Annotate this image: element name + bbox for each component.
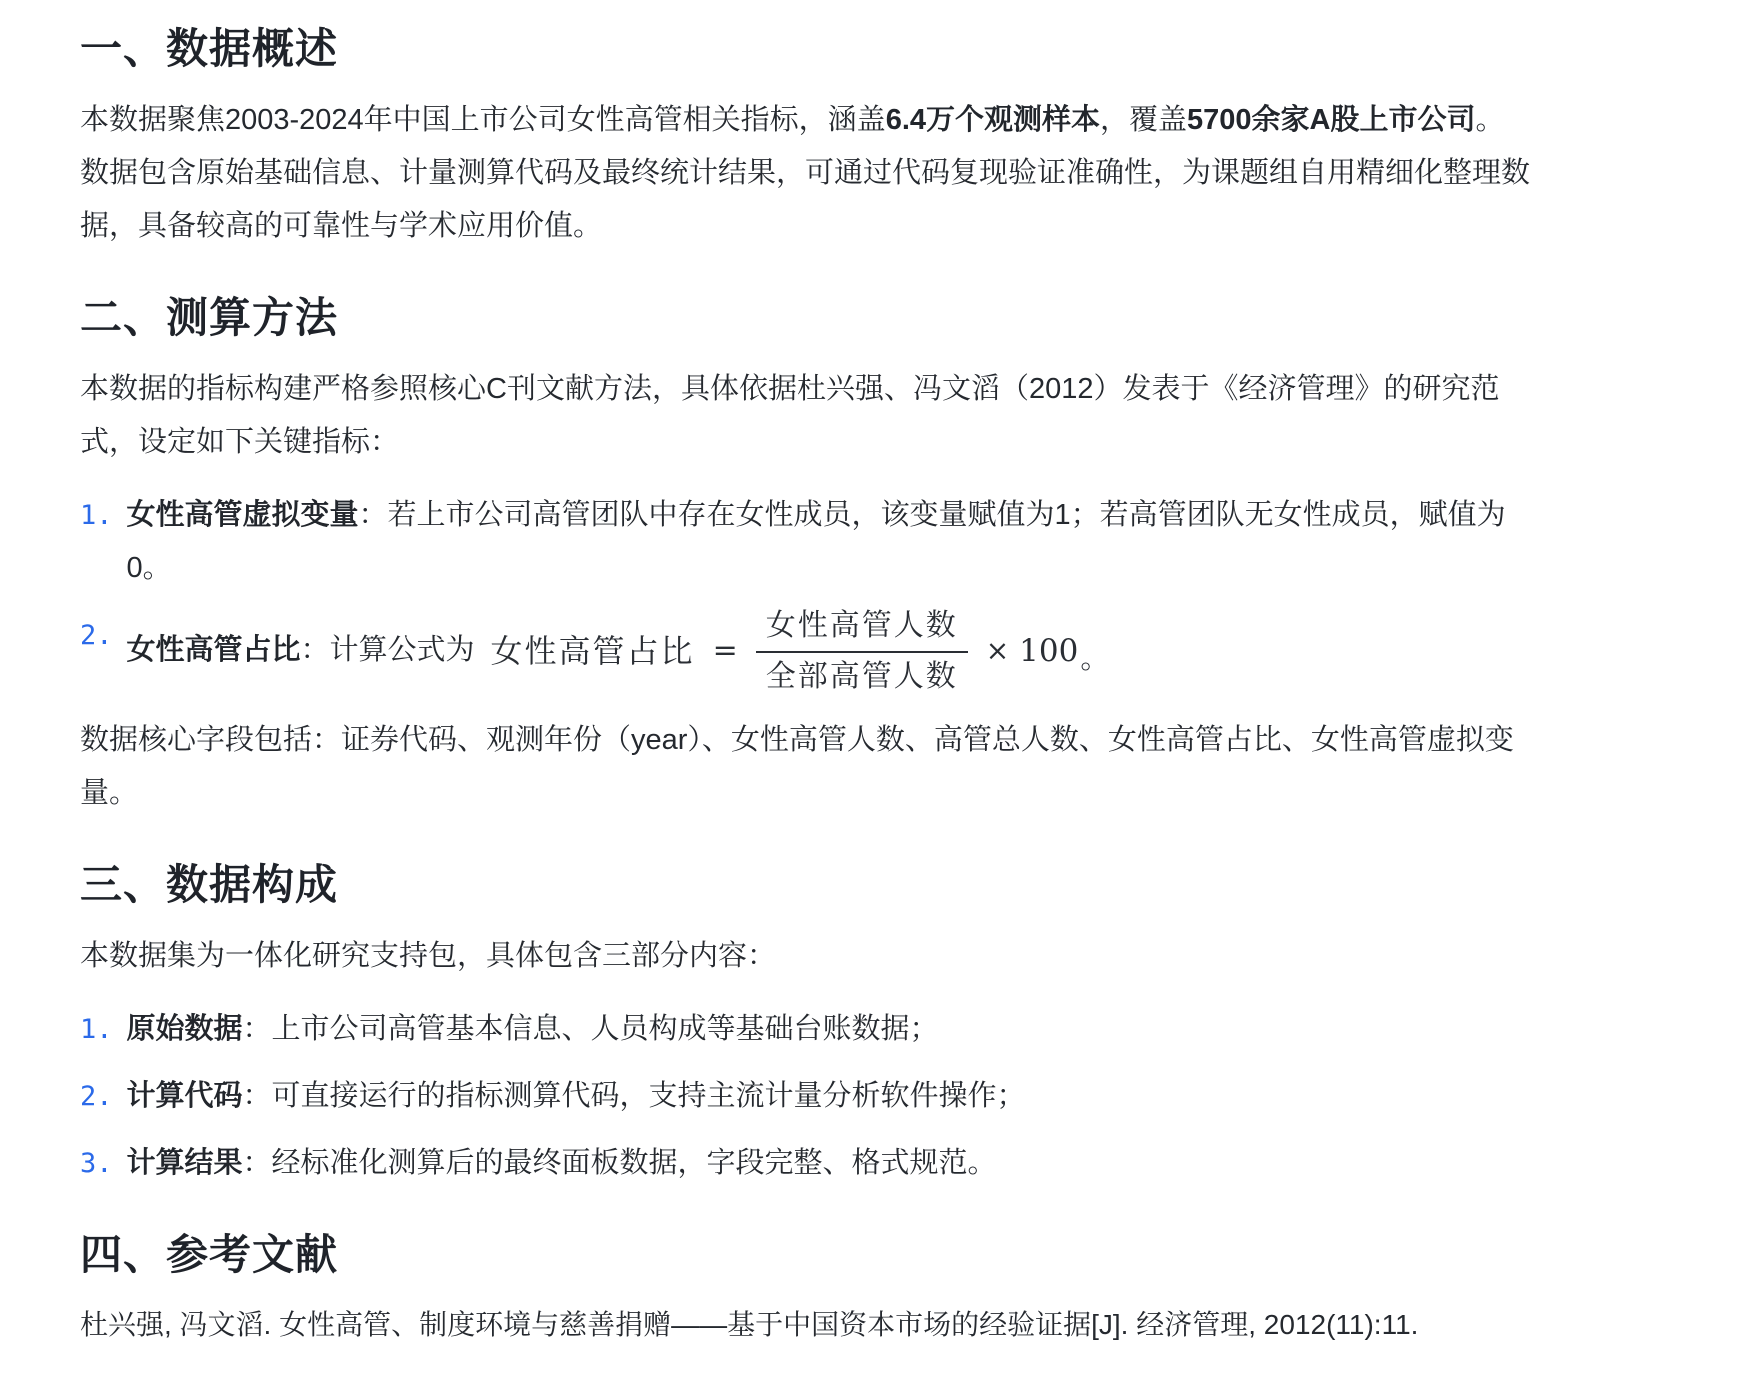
fraction-denominator: 全部高管人数 — [756, 651, 968, 695]
ratio-formula: 女性高管占比=女性高管人数全部高管人数×100。 — [491, 609, 1110, 694]
method-intro-paragraph: 本数据的指标构建严格参照核心C刊文献方法，具体依据杜兴强、冯文滔（2012）发表… — [80, 363, 1532, 469]
list-term: 女性高管占比 — [127, 634, 301, 666]
list-desc: ：经标准化测算后的最终面板数据，字段完整、格式规范。 — [243, 1147, 997, 1179]
list-term: 原始数据 — [127, 1013, 243, 1045]
method-list-item-ratio: 2. 女性高管占比：计算公式为女性高管占比=女性高管人数全部高管人数×100。 — [80, 609, 1532, 694]
formula-period: 。 — [1080, 643, 1109, 694]
list-item-body: 原始数据：上市公司高管基本信息、人员构成等基础台账数据； — [127, 1003, 939, 1056]
method-fields-paragraph: 数据核心字段包括：证券代码、观测年份（year）、女性高管人数、高管总人数、女性… — [80, 714, 1532, 820]
list-term: 计算结果 — [127, 1147, 243, 1179]
overview-text-2: ，覆盖 — [1100, 104, 1187, 136]
list-item-body: 女性高管虚拟变量：若上市公司高管团队中存在女性成员，该变量赋值为1；若高管团队无… — [127, 489, 1532, 595]
list-term: 计算代码 — [127, 1080, 243, 1112]
overview-bold-company-count: 5700余家A股上市公司 — [1187, 104, 1475, 136]
overview-text-1: 本数据聚焦2003-2024年中国上市公司女性高管相关指标，涵盖 — [80, 104, 886, 136]
section-overview-heading: 一、数据概述 — [80, 24, 1532, 74]
composition-list: 1. 原始数据：上市公司高管基本信息、人员构成等基础台账数据； 2. 计算代码：… — [80, 1003, 1532, 1190]
formula-factor: 100 — [1019, 634, 1078, 670]
list-item-body: 计算代码：可直接运行的指标测算代码，支持主流计量分析软件操作； — [127, 1070, 1026, 1123]
list-number: 3. — [80, 1137, 113, 1190]
formula-lhs: 女性高管占比 — [491, 633, 695, 670]
formula-fraction: 女性高管人数全部高管人数 — [756, 609, 968, 694]
reference-citation: 杜兴强, 冯文滔. 女性高管、制度环境与慈善捐赠——基于中国资本市场的经验证据[… — [80, 1300, 1532, 1350]
list-number: 2. — [80, 1070, 113, 1123]
list-desc: ：可直接运行的指标测算代码，支持主流计量分析软件操作； — [243, 1080, 1026, 1112]
section-composition-heading: 三、数据构成 — [80, 860, 1532, 910]
list-term: 女性高管虚拟变量 — [127, 499, 359, 531]
list-number: 1. — [80, 1003, 113, 1056]
composition-list-item-raw-data: 1. 原始数据：上市公司高管基本信息、人员构成等基础台账数据； — [80, 1003, 1532, 1056]
list-desc: ：计算公式为 — [301, 634, 475, 666]
fraction-numerator: 女性高管人数 — [756, 609, 968, 651]
overview-bold-sample-count: 6.4万个观测样本 — [886, 104, 1100, 136]
method-list-item-dummy-variable: 1. 女性高管虚拟变量：若上市公司高管团队中存在女性成员，该变量赋值为1；若高管… — [80, 489, 1532, 595]
document-page: 一、数据概述 本数据聚焦2003-2024年中国上市公司女性高管相关指标，涵盖6… — [0, 0, 1760, 1372]
list-item-body: 计算结果：经标准化测算后的最终面板数据，字段完整、格式规范。 — [127, 1137, 997, 1190]
composition-intro-paragraph: 本数据集为一体化研究支持包，具体包含三部分内容： — [80, 930, 1532, 983]
method-list: 1. 女性高管虚拟变量：若上市公司高管团队中存在女性成员，该变量赋值为1；若高管… — [80, 489, 1532, 694]
overview-paragraph: 本数据聚焦2003-2024年中国上市公司女性高管相关指标，涵盖6.4万个观测样… — [80, 94, 1532, 253]
composition-list-item-results: 3. 计算结果：经标准化测算后的最终面板数据，字段完整、格式规范。 — [80, 1137, 1532, 1190]
formula-equals-sign: = — [713, 634, 738, 669]
list-desc: ：上市公司高管基本信息、人员构成等基础台账数据； — [243, 1013, 939, 1045]
composition-list-item-code: 2. 计算代码：可直接运行的指标测算代码，支持主流计量分析软件操作； — [80, 1070, 1532, 1123]
section-method-heading: 二、测算方法 — [80, 293, 1532, 343]
formula-times-sign: × — [986, 635, 1009, 667]
list-number: 2. — [80, 609, 113, 662]
section-references-heading: 四、参考文献 — [80, 1230, 1532, 1280]
list-number: 1. — [80, 489, 113, 542]
list-item-body: 女性高管占比：计算公式为女性高管占比=女性高管人数全部高管人数×100。 — [127, 609, 1110, 694]
